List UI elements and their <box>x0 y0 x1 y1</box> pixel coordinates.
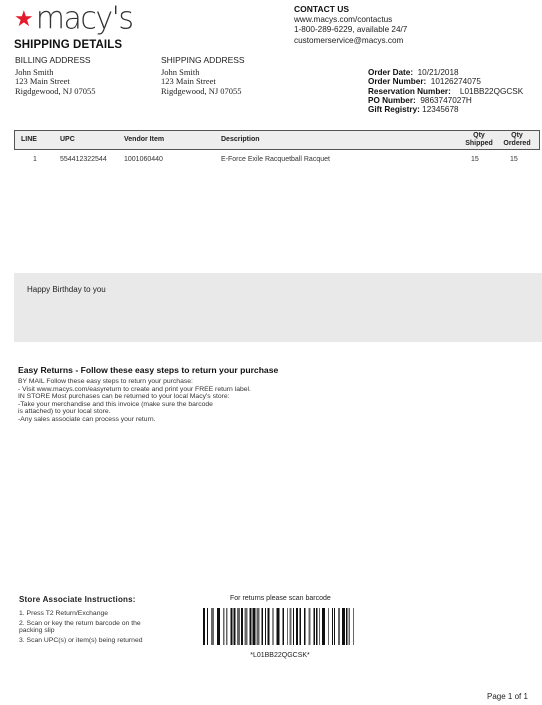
row-vendor-item: 1001060440 <box>124 156 163 163</box>
billing-address: John Smith 123 Main Street Rigdgewood, N… <box>15 68 96 96</box>
contact-block: CONTACT US www.macys.com/contactus 1-800… <box>294 4 407 46</box>
shipping-address-label: SHIPPING ADDRESS <box>161 55 245 65</box>
row-qty-ordered: 15 <box>510 156 518 163</box>
returns-title: Easy Returns - Follow these easy steps t… <box>18 365 278 375</box>
barcode-label: For returns please scan barcode <box>230 595 331 602</box>
order-date: Order Date: 10/21/2018 <box>368 68 523 77</box>
col-description: Description <box>221 136 260 143</box>
gift-message: Happy Birthday to you <box>27 285 106 294</box>
associate-step: 1. Press T2 Return/Exchange <box>19 610 144 617</box>
return-barcode <box>203 608 357 645</box>
macys-logo: ★ macy's <box>14 3 132 35</box>
page-title: SHIPPING DETAILS <box>14 39 122 51</box>
gift-registry: Gift Registry: 12345678 <box>368 105 523 114</box>
items-table-header: LINE UPC Vendor Item Description Qty Shi… <box>14 130 540 150</box>
page-number: Page 1 of 1 <box>487 692 528 701</box>
contact-url[interactable]: www.macys.com/contactus <box>294 15 407 26</box>
col-qty-ordered: Qty Ordered <box>499 132 535 147</box>
reservation-number: Reservation Number: L01BB22QGCSK <box>368 87 523 96</box>
associate-instructions-list: 1. Press T2 Return/Exchange 2. Scan or k… <box>19 610 144 646</box>
order-number: Order Number: 10126274075 <box>368 77 523 86</box>
returns-instructions: BY MAIL Follow these easy steps to retur… <box>18 378 251 423</box>
col-upc: UPC <box>60 136 75 143</box>
col-line: LINE <box>21 136 37 143</box>
po-number: PO Number: 9863747027H <box>368 96 523 105</box>
gift-message-box <box>14 273 542 342</box>
col-qty-shipped: Qty Shipped <box>461 132 497 147</box>
shipping-address: John Smith 123 Main Street Rigdgewood, N… <box>161 68 242 96</box>
col-vendor-item: Vendor Item <box>124 136 164 143</box>
billing-city: Rigdgewood, NJ 07055 <box>15 87 96 96</box>
shipping-city: Rigdgewood, NJ 07055 <box>161 87 242 96</box>
row-description: E-Force Exile Racquetball Racquet <box>221 156 330 163</box>
associate-instructions-title: Store Associate Instructions: <box>19 595 136 604</box>
associate-step: 3. Scan UPC(s) or item(s) being returned <box>19 637 144 644</box>
billing-address-label: BILLING ADDRESS <box>15 55 91 65</box>
row-qty-shipped: 15 <box>471 156 479 163</box>
contact-email[interactable]: customerservice@macys.com <box>294 36 407 47</box>
contact-phone: 1-800-289-6229, available 24/7 <box>294 25 407 36</box>
row-line: 1 <box>33 156 37 163</box>
contact-title: CONTACT US <box>294 4 407 15</box>
order-info: Order Date: 10/21/2018 Order Number: 101… <box>368 68 523 114</box>
barcode-value: *L01BB22QGCSK* <box>200 652 360 659</box>
brand-wordmark: macy's <box>36 3 133 35</box>
star-icon: ★ <box>14 8 34 30</box>
associate-step: 2. Scan or key the return barcode on the… <box>19 620 144 634</box>
row-upc: 554412322544 <box>60 156 107 163</box>
